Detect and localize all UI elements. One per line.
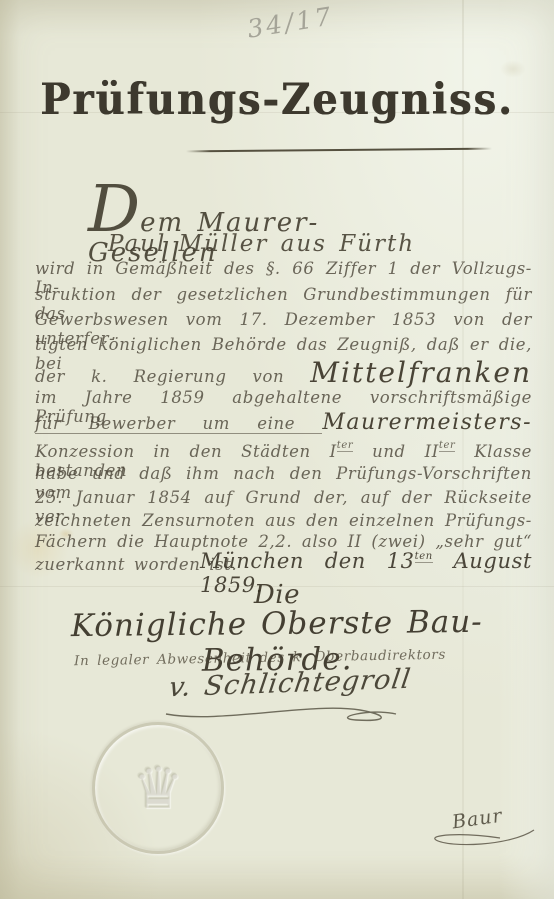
signature-flourish (160, 700, 400, 726)
archival-number-pencil-note: 34/17 (245, 1, 336, 43)
body-line-profession: für Bewerber um eine Maurermeisters- (35, 410, 532, 435)
dateline-superscript: ten (415, 551, 433, 563)
region-name: Mittelfranken (310, 356, 532, 389)
body-line-region: der k. Regierung von Mittelfranken (35, 356, 532, 389)
recipient-line-name: Paul Müller aus Fürth (108, 231, 438, 257)
dateline-city-day: München den 13 (200, 549, 415, 573)
class-superscript: ter (337, 440, 354, 452)
title-underline (186, 148, 492, 153)
profession-name: Maurermeisters- (322, 410, 532, 435)
class-text-pre: Konzession in den Städten I (35, 442, 337, 461)
body-line: zeichneten Zensurnoten aus den einzelnen… (35, 511, 532, 530)
embossed-crown-seal-icon: ♛ (92, 722, 224, 854)
page-title: Prüfungs-Zeugniss. (0, 74, 554, 125)
countersign-flourish (430, 826, 540, 848)
class-superscript: ter (439, 440, 456, 452)
region-prefix: der k. Regierung von (35, 367, 310, 386)
crown-glyph-icon: ♛ (132, 754, 184, 822)
certificate-page: 34/17 Prüfungs-Zeugniss. Dem Maurer-Gese… (0, 0, 554, 899)
class-text-mid: und II (353, 442, 439, 461)
profession-prefix: für Bewerber um eine (35, 414, 322, 434)
